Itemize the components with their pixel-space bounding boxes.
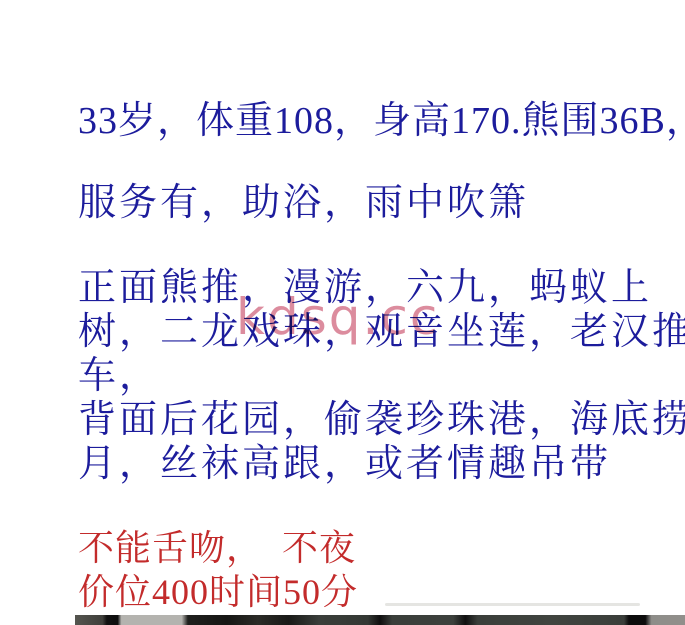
photo-strip	[75, 615, 685, 625]
site-watermark: kdsq.cc	[236, 292, 439, 342]
services-intro-line: 服务有，助浴，雨中吹箫	[78, 183, 529, 224]
services-list-line-5: 月，丝袜高跟，或者情趣吊带	[78, 444, 611, 485]
photo-edge-streak	[385, 603, 640, 606]
profile-stats-line: 33岁，体重108，身高170.熊围36B，	[78, 101, 685, 142]
ad-text-image: 33岁，体重108，身高170.熊围36B， 服务有，助浴，雨中吹箫 正面熊推，…	[0, 0, 685, 625]
restrictions-line: 不能舌吻， 不夜	[78, 529, 356, 568]
price-line: 价位400时间50分	[78, 573, 358, 612]
services-list-line-3: 车，	[78, 356, 160, 397]
services-list-line-4: 背面后花园，偷袭珍珠港，海底捞	[78, 400, 685, 441]
